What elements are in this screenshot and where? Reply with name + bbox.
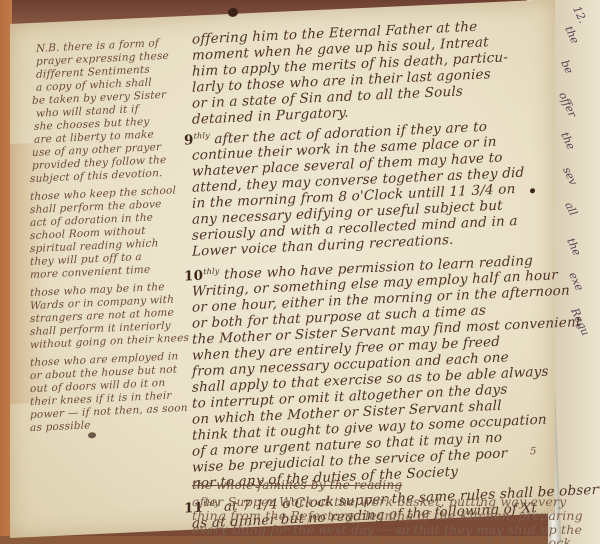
text-line: after Supper Work at the Work basket, pu… bbox=[192, 494, 566, 509]
adjacent-page-fragment: 12. bbox=[570, 4, 589, 25]
ink-blot bbox=[228, 8, 238, 17]
adjacent-page-fragment: be bbox=[558, 58, 576, 76]
manuscript-page: N.B. there is a form of prayer expressin… bbox=[10, 0, 555, 538]
ink-blot bbox=[530, 188, 535, 193]
struck-through-line: the whole families by the reading bbox=[192, 478, 402, 492]
margin-note-line: as possible bbox=[30, 419, 91, 434]
ink-blot bbox=[88, 432, 96, 438]
paragraph-ordinal: thly bbox=[203, 266, 219, 276]
adjacent-page-fragment: the bbox=[564, 236, 583, 258]
adjacent-page-fragment: the bbox=[558, 130, 577, 152]
paragraph-ordinal: thly bbox=[194, 131, 210, 141]
paragraph-number: 10 bbox=[184, 268, 203, 285]
text-line: thing from the Refectory cleaning of the… bbox=[192, 508, 583, 523]
folio-mark: 5 bbox=[530, 446, 536, 457]
paragraph-number: 9 bbox=[184, 132, 194, 148]
adjacent-page-fragment: offer bbox=[556, 90, 579, 119]
adjacent-page-fragment: sev bbox=[560, 165, 580, 187]
adjacent-page-fragment: all bbox=[562, 200, 580, 218]
adjacent-page-fragment: the bbox=[562, 24, 581, 46]
text-line: kitchen at a warning given 5 minutes bef… bbox=[192, 535, 571, 544]
